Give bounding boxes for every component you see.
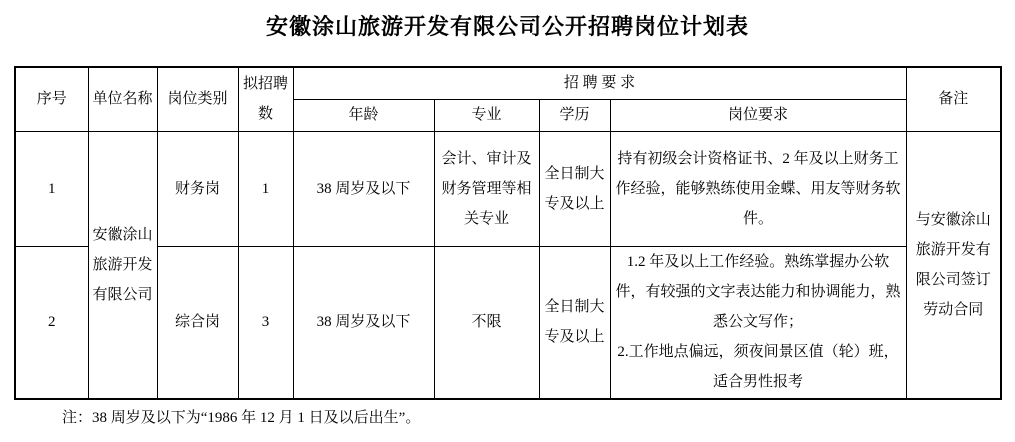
document-title: 安徽涂山旅游开发有限公司公开招聘岗位计划表 (0, 0, 1015, 66)
col-header-remarks: 备注 (906, 67, 1001, 131)
cell-serial-2: 2 (15, 246, 88, 399)
cell-age-1: 38 周岁及以下 (293, 131, 434, 246)
col-header-position-type: 岗位类别 (157, 67, 238, 131)
cell-serial-1: 1 (15, 131, 88, 246)
cell-unit-name: 安徽涂山旅游开发有限公司 (88, 131, 157, 399)
cell-major-2: 不限 (434, 246, 539, 399)
col-header-major: 专业 (434, 99, 539, 131)
recruitment-plan-table: 序号 单位名称 岗位类别 拟招聘数 招 聘 要 求 备注 年龄 专业 学历 岗位… (14, 66, 1002, 400)
cell-remarks: 与安徽涂山旅游开发有限公司签订劳动合同 (906, 131, 1001, 399)
cell-education-1: 全日制大专及以上 (539, 131, 610, 246)
cell-education-2: 全日制大专及以上 (539, 246, 610, 399)
cell-requirements-1: 持有初级会计资格证书、2 年及以上财务工作经验，能够熟练使用金蝶、用友等财务软件… (610, 131, 906, 246)
col-header-age: 年龄 (293, 99, 434, 131)
cell-headcount-1: 1 (238, 131, 293, 246)
footnote: 注：38 周岁及以下为“1986 年 12 月 1 日及以后出生”。 (62, 408, 1015, 429)
cell-headcount-2: 3 (238, 246, 293, 399)
cell-age-2: 38 周岁及以下 (293, 246, 434, 399)
cell-requirements-2: 1.2 年及以上工作经验。熟练掌握办公软件，有较强的文字表达能力和协调能力，熟悉… (610, 246, 906, 399)
cell-position-type-1: 财务岗 (157, 131, 238, 246)
col-header-headcount: 拟招聘数 (238, 67, 293, 131)
col-header-education: 学历 (539, 99, 610, 131)
document-page: 安徽涂山旅游开发有限公司公开招聘岗位计划表 序号 单位名称 岗位类别 拟招聘数 … (0, 0, 1015, 442)
col-header-serial: 序号 (15, 67, 88, 131)
col-header-position-requirements: 岗位要求 (610, 99, 906, 131)
cell-position-type-2: 综合岗 (157, 246, 238, 399)
requirement-paragraph: 持有初级会计资格证书、2 年及以上财务工作经验，能够熟练使用金蝶、用友等财务软件… (613, 144, 904, 234)
table-row-1: 1 安徽涂山旅游开发有限公司 财务岗 1 38 周岁及以下 会计、审计及财务管理… (15, 131, 1001, 246)
cell-major-1: 会计、审计及财务管理等相关专业 (434, 131, 539, 246)
col-header-unit-name: 单位名称 (88, 67, 157, 131)
table-row-2: 2 综合岗 3 38 周岁及以下 不限 全日制大专及以上 1.2 年及以上工作经… (15, 246, 1001, 399)
requirement-paragraph: 1.2 年及以上工作经验。熟练掌握办公软件，有较强的文字表达能力和协调能力，熟悉… (613, 247, 904, 337)
requirement-paragraph: 2.工作地点偏远，须夜间景区值（轮）班，适合男性报考 (613, 337, 904, 397)
header-row-top: 序号 单位名称 岗位类别 拟招聘数 招 聘 要 求 备注 (15, 67, 1001, 99)
group-header-requirements: 招 聘 要 求 (293, 67, 906, 99)
